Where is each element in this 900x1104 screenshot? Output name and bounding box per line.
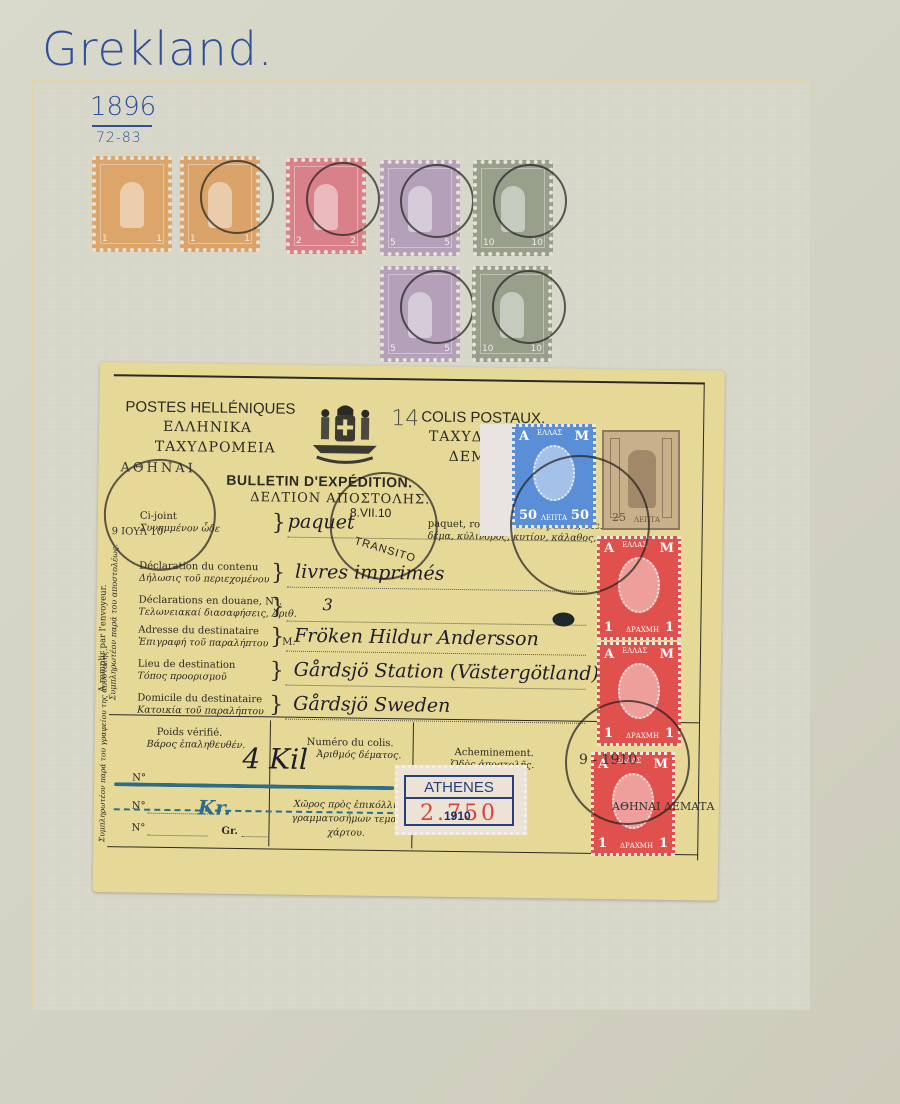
stamp-value: 1 bbox=[156, 234, 162, 244]
stamp-value: 1 bbox=[102, 234, 108, 244]
stamp-value: 1 bbox=[190, 234, 196, 244]
stamp-value: 1 bbox=[604, 620, 613, 635]
registration-city: ATHENES bbox=[406, 779, 512, 799]
stamp-country: ΕΛΛΑΣ bbox=[537, 429, 562, 437]
olympic-stamp: 22 bbox=[286, 158, 366, 254]
stamp-value: 10 bbox=[531, 344, 542, 354]
field-label-fr: Ci-joint bbox=[140, 511, 177, 523]
stamp-value: 10 bbox=[482, 344, 493, 354]
brace: } bbox=[269, 692, 283, 717]
unit-kg: Kr. bbox=[198, 795, 231, 819]
stamp-value: 1 bbox=[665, 726, 674, 741]
header-tachyd: ΤΑΧΥΔ bbox=[429, 429, 483, 446]
postmark-text: ΑΘΗΝΑΙ ΔΕΜΑΤΑ bbox=[612, 800, 714, 813]
ink-blot bbox=[552, 612, 574, 626]
field-value-handwritten: 3 bbox=[323, 595, 333, 614]
album-page: Grekland. 1896 72-83 111122551010551010 … bbox=[0, 0, 900, 1104]
postmark-date: 9 ΙΟΥΛ 10 bbox=[112, 526, 164, 538]
routing-label-fr: Acheminement. bbox=[455, 747, 534, 759]
field-label-fr: Domicile du destinataire bbox=[137, 693, 262, 706]
olympic-stamp: 55 bbox=[380, 266, 460, 362]
stamp-unit: ΛΕΠΤΑ bbox=[541, 514, 567, 522]
field-label-fr: Déclaration du contenu bbox=[139, 561, 258, 574]
year-underline bbox=[92, 125, 152, 127]
postmark-date: 9 - 1910 bbox=[579, 752, 637, 768]
stamp-value: 1 bbox=[659, 836, 668, 851]
olympic-stamp: 55 bbox=[380, 160, 460, 256]
registration-label: ATHENES 2.750 1910 bbox=[395, 765, 527, 835]
catalogue-reference: 72-83 bbox=[96, 130, 142, 146]
field-label-fr: Lieu de destination bbox=[138, 659, 236, 671]
card-title-fr: BULLETIN D'EXPÉDITION. bbox=[226, 472, 412, 491]
stamp-value: 10 bbox=[532, 238, 543, 248]
weight-label-fr: Poids vérifié. bbox=[157, 727, 223, 739]
stamp-corner-letter: Μ bbox=[654, 757, 668, 772]
stamp-corner-letter: Μ bbox=[660, 647, 674, 662]
stamp-value: 1 bbox=[244, 234, 250, 244]
stamp-corner-letter: Μ bbox=[660, 541, 674, 556]
stamp-country: ΕΛΛΑΣ bbox=[622, 647, 647, 655]
stamp-corner-letter: Α bbox=[519, 429, 529, 444]
field-label-gr: Τόπος προορισμοῦ bbox=[138, 671, 227, 683]
weight-label-gr: Βάρος ἐπαληθευθέν. bbox=[147, 739, 246, 751]
imprinted-stamp: 25 ΛΕΠΤΑ bbox=[602, 430, 680, 530]
stamp-value: 50 bbox=[571, 508, 589, 523]
stamp-corner-letter: Α bbox=[604, 541, 614, 556]
field-value-handwritten: paquet bbox=[288, 511, 355, 534]
field-value-handwritten: livres imprimés bbox=[295, 561, 445, 585]
unit-gr: Gr. bbox=[221, 826, 238, 837]
stamp-unit: ΔΡΑΧΜΗ bbox=[626, 732, 659, 740]
card-title-gr: ΔΕΛΤΙΟΝ ΑΠΟΣΤΟΛΗΣ. bbox=[250, 490, 430, 508]
header-ellinika: ΕΛΛΗΝΙΚΑ bbox=[163, 419, 252, 436]
olympic-stamp: 11 bbox=[180, 156, 260, 252]
field-label-fr: Déclarations en douane, N°. bbox=[139, 595, 283, 608]
stamp-value: 5 bbox=[390, 344, 396, 354]
imprinted-value: 25 bbox=[612, 511, 626, 524]
field-label-gr: Ἐπιγραφή τοῦ παραλήπτου bbox=[138, 637, 268, 650]
stamp-value: 2 bbox=[350, 236, 356, 246]
stamp-value: 1 bbox=[604, 726, 613, 741]
stamp-value: 5 bbox=[444, 344, 450, 354]
brace: } bbox=[270, 594, 284, 619]
paste-area-text: χάρτου. bbox=[327, 827, 365, 839]
olympic-stamp: 1010 bbox=[473, 160, 553, 256]
olympic-stamp: 11 bbox=[92, 156, 172, 252]
imprinted-unit: ΛΕΠΤΑ bbox=[634, 516, 660, 524]
stamp-country: ΕΛΛΑΣ bbox=[622, 541, 647, 549]
olympic-stamp: 1010 bbox=[472, 266, 552, 362]
parcel-number-label-fr: Numéro du colis. bbox=[307, 737, 394, 749]
field-label-gr: Δήλωσις τοῦ περιεχομένου bbox=[139, 573, 270, 586]
row-label-no: N° bbox=[131, 822, 145, 833]
stamp-value: 1 bbox=[598, 836, 607, 851]
hermes-head-stamp: ΑΜΕΛΛΑΣ11ΔΡΑΧΜΗ bbox=[597, 642, 681, 746]
registration-year: 1910 bbox=[444, 809, 471, 823]
parcel-number-label-gr: Ἀριθμός δέματος. bbox=[316, 749, 401, 761]
stamp-value: 2 bbox=[296, 236, 302, 246]
stamp-unit: ΔΡΑΧΜΗ bbox=[626, 626, 659, 634]
field-value-handwritten: Gårdsjö Sweden bbox=[293, 693, 450, 717]
stamp-value: 10 bbox=[483, 238, 494, 248]
stamp-value: 5 bbox=[444, 238, 450, 248]
header-postes: POSTES HELLÉNIQUES bbox=[125, 398, 295, 417]
brace: } bbox=[271, 560, 285, 585]
field-label-fr: Adresse du destinataire bbox=[138, 625, 259, 638]
hermes-head-stamp: ΑΜΕΛΛΑΣ5050ΛΕΠΤΑ bbox=[512, 424, 596, 528]
coat-of-arms-icon bbox=[307, 401, 384, 470]
stamp-value: 1 bbox=[665, 620, 674, 635]
stamp-unit: ΔΡΑΧΜΗ bbox=[620, 842, 653, 850]
header-tachydromeia: ΤΑΧΥΔΡΟΜΕΙΑ bbox=[155, 439, 276, 457]
handwritten-weight: 4 Kil bbox=[242, 742, 308, 776]
stamp-value: 50 bbox=[519, 508, 537, 523]
postmark-date: 8.VII.10 bbox=[350, 506, 392, 521]
postmark-text: ΑΘΗΝΑΙ bbox=[120, 460, 195, 476]
issue-year: 1896 bbox=[90, 92, 156, 122]
stamp-selvage bbox=[480, 424, 514, 536]
hermes-head-stamp: ΑΜΕΛΛΑΣ11ΔΡΑΧΜΗ bbox=[597, 536, 681, 640]
stamp-corner-letter: Α bbox=[604, 647, 614, 662]
handwritten-number: 14 bbox=[391, 406, 419, 431]
brace: } bbox=[270, 658, 284, 683]
field-value-handwritten: Fröken Hildur Andersson bbox=[294, 625, 539, 650]
stamp-corner-letter: Μ bbox=[575, 429, 589, 444]
page-heading: Grekland. bbox=[42, 22, 273, 76]
stamp-value: 5 bbox=[390, 238, 396, 248]
brace: } bbox=[272, 510, 286, 535]
